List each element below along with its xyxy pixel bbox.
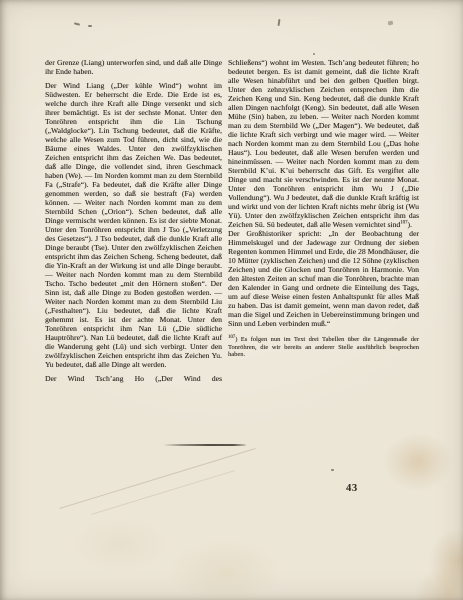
footnote-text: ) Es folgen nun im Text drei Tabellen üb… <box>228 336 419 358</box>
paragraph-text: ). <box>407 220 412 229</box>
left-text-column: der Grenze (Liang) unterworfen sind, und… <box>45 58 222 388</box>
page-number: 43 <box>346 483 358 494</box>
scan-speck <box>313 53 315 55</box>
scan-speck <box>388 21 394 26</box>
paper-crease <box>59 448 255 509</box>
paragraph-text: Schließens“) wohnt im Westen. Tsch’ang b… <box>228 58 419 229</box>
paragraph-continuation: der Grenze (Liang) unterworfen sind, und… <box>45 58 222 76</box>
scan-speck <box>74 22 80 25</box>
scan-speck <box>278 19 281 26</box>
paragraph-wind-liang: Der Wind Liang („Der kühle Wind“) wohnt … <box>45 81 222 369</box>
paragraph-wind-tschang-ho: Der Wind Tsch’ang Ho („Der Wind des <box>45 374 222 383</box>
footnote: 107) Es folgen nun im Text drei Tabellen… <box>228 336 419 359</box>
paragraph-wind-tschang-ho-continuation: Schließens“) wohnt im Westen. Tsch’ang b… <box>228 58 419 229</box>
paragraph-grosshistoriker-quote: Der Großhistoriker spricht: „In der Beob… <box>228 229 419 328</box>
scan-speck <box>331 469 334 471</box>
scan-artifact-line <box>163 444 246 446</box>
scanned-book-page: der Grenze (Liang) unterworfen sind, und… <box>0 0 463 600</box>
scan-speck <box>88 25 92 27</box>
right-text-column: Schließens“) wohnt im Westen. Tsch’ang b… <box>228 58 419 359</box>
